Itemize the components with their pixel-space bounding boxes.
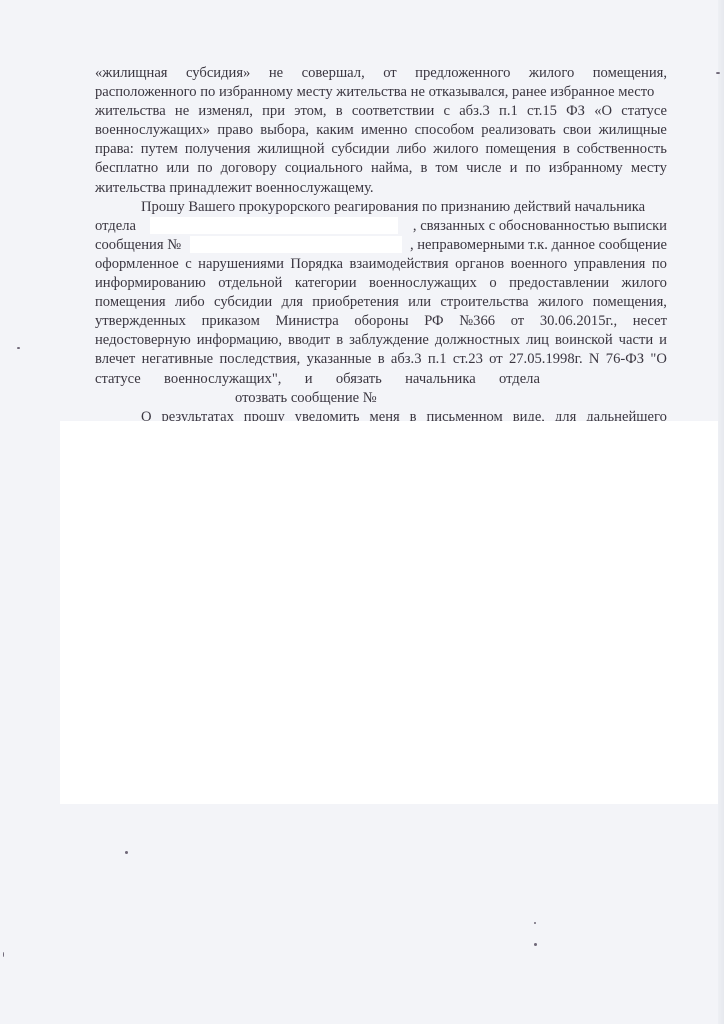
word: в [378,350,385,369]
word: ст.23 [453,350,483,369]
word: ст.15 [527,102,557,121]
word: жительства [95,102,166,121]
word: РФ [424,312,443,331]
redacted-signature-area [60,421,718,804]
word: отдела [499,370,540,389]
text-line: сообщения № , неправомерными т.к. данное… [95,236,667,255]
text-line: жительства принадлежит военнослужащему. [95,179,667,198]
word: «жилищная [95,64,168,83]
recall-message-text: отозвать сообщение № [235,389,377,408]
scan-speck [3,952,4,957]
word: при [262,102,285,121]
text-line: оформленноеснарушениямиПорядкавзаимодейс… [95,255,667,274]
word: военнослужащих» [95,121,210,140]
word: органов [455,255,504,274]
word: собственность [577,140,667,159]
word: статусе [95,370,141,389]
word: обороны [354,312,408,331]
word: несет [633,312,667,331]
word: лиц [526,331,549,350]
word: либо [175,293,205,312]
word: N [589,350,600,369]
word: 30.06.2015г., [540,312,617,331]
word: для [282,293,303,312]
word: вводит [288,331,330,350]
word: месту [631,159,667,178]
word: в [563,140,570,159]
word: строительства [440,293,528,312]
word: каким [316,121,353,140]
word: субсидии [214,293,272,312]
word: получения [185,140,251,159]
redacted-department-name [150,217,398,234]
scan-speck [534,922,536,924]
word: помещения, [593,293,667,312]
word: военнослужащих [369,274,477,293]
text-line: «жилищнаясубсидия»несовершал,отпредложен… [95,64,667,83]
word: обязать [336,370,382,389]
word: реализовать [481,121,555,140]
word: категории [295,274,357,293]
word: совершал, [302,64,365,83]
word: путем [141,140,178,159]
word: или [408,293,431,312]
word: 27.05.1998г. [509,350,583,369]
word: субсидия» [186,64,250,83]
word: жилого [433,140,478,159]
text-line: помещениялибосубсидиидляприобретенияилис… [95,293,667,312]
text-line: жительстванеизменял,приэтом,всоответстви… [95,102,667,121]
word: право [217,121,253,140]
word: 76-ФЗ [606,350,644,369]
word: влечет [95,350,135,369]
word: и [659,331,667,350]
word: помещения [95,293,166,312]
word: нарушениями [198,255,284,274]
word: не [269,64,283,83]
word: том [436,159,458,178]
word: от [489,350,502,369]
word: последствия, [219,350,300,369]
word: расположенного по избранному месту жител… [95,83,654,102]
text-line: права:путемполученияжилищнойсубсидиилибо… [95,140,667,159]
word: Порядка [290,255,343,274]
word: субсидии [331,140,389,159]
word: «О [594,102,612,121]
request-opening: Прошу Вашего прокурорского реагирования … [141,198,645,217]
word: жилого [538,293,583,312]
word: или [166,159,189,178]
word: способом [415,121,474,140]
word: жилого [529,64,574,83]
text-line: информированиюотдельнойкатегориивоенносл… [95,274,667,293]
word: управления [574,255,646,274]
word: соответствии [352,102,434,121]
word: утвержденных [95,312,186,331]
word: указанные [307,350,372,369]
word: либо [396,140,426,159]
word: с [185,255,191,274]
scan-speck [125,851,128,854]
word: абз.3 [459,102,490,121]
redacted-message-number [190,236,402,253]
text-line: отозвать сообщение № [95,389,667,408]
word: п.1 [499,102,518,121]
word: военнослужащих", [164,370,281,389]
word: ФЗ [566,102,585,121]
word: от [383,64,396,83]
word: информацию, [197,331,282,350]
word: жительства принадлежит военнослужащему. [95,179,374,198]
paragraph-request: Прошу Вашего прокурорского реагирования … [95,198,667,408]
word: п.1 [428,350,447,369]
scan-speck [534,943,537,946]
page-edge-shadow [718,0,724,1024]
word: свои [563,121,591,140]
text-line: Прошу Вашего прокурорского реагирования … [95,198,667,217]
word: в [336,331,343,350]
word: социального [285,159,363,178]
word: жилищные [599,121,667,140]
word: права: [95,140,134,159]
word: заблуждение [349,331,429,350]
word: отдельной [218,274,282,293]
word: найма, [371,159,412,178]
word: "О [650,350,667,369]
word: воинской [555,331,613,350]
word: не [175,102,189,121]
word: в [336,102,343,121]
word: помещения [485,140,556,159]
word: начальника [405,370,476,389]
word: и [305,370,313,389]
word: части [619,331,653,350]
word: предложенного [415,64,510,83]
text-line: бесплатноилиподоговорусоциальногонайма,в… [95,159,667,178]
word: бесплатно [95,159,158,178]
word: выбора, [260,121,309,140]
word: с [444,102,450,121]
word: военного [511,255,568,274]
text-line: отдела , связанных с обоснованностью вып… [95,217,667,236]
word: о [489,274,496,293]
word: взаимодействия [350,255,449,274]
word: этом, [294,102,326,121]
word: абз.3 [391,350,422,369]
word: по [526,159,541,178]
word: должностных [435,331,520,350]
word: оформленное [95,255,179,274]
word: и [510,159,518,178]
word: от [511,312,524,331]
text-line: влечетнегативныепоследствия,указанныеваб… [95,350,667,369]
text-line: недостовернуюинформацию,вводитвзаблужден… [95,331,667,350]
word: приказом [202,312,260,331]
text-fragment: , связанных с обоснованностью выписки [413,217,667,236]
word: жилого [622,274,667,293]
word: по [652,255,667,274]
word: жилищной [257,140,324,159]
text-line: расположенного по избранному месту жител… [95,83,667,102]
word: информированию [95,274,206,293]
word: негативные [142,350,214,369]
word: Министра [275,312,338,331]
scanned-page: «жилищнаясубсидия»несовершал,отпредложен… [0,0,724,1024]
text-line: статусевоеннослужащих",иобязатьначальник… [95,370,540,389]
text-line: военнослужащих»правовыбора,какимименносп… [95,121,667,140]
document-body: «жилищнаясубсидия»несовершал,отпредложен… [95,64,667,446]
word: №366 [459,312,495,331]
paragraph-housing-rights: «жилищнаясубсидия»несовершал,отпредложен… [95,64,667,198]
word: числе [466,159,501,178]
word: приобретения [312,293,399,312]
word: по [197,159,212,178]
text-line: утвержденныхприказомМинистраобороныРФ№36… [95,312,667,331]
word: недостоверную [95,331,191,350]
scan-speck [716,72,720,74]
department-label: отдела [95,217,136,236]
word: предоставлении [509,274,609,293]
word: статусе [621,102,667,121]
scan-speck [17,347,20,349]
text-fragment: , неправомерными т.к. данное сообщение [410,236,667,255]
word: помещения, [593,64,667,83]
word: договору [221,159,277,178]
word: в [420,159,427,178]
message-number-label: сообщения № [95,236,181,255]
word: избранному [549,159,623,178]
word: именно [361,121,407,140]
word: изменял, [198,102,253,121]
